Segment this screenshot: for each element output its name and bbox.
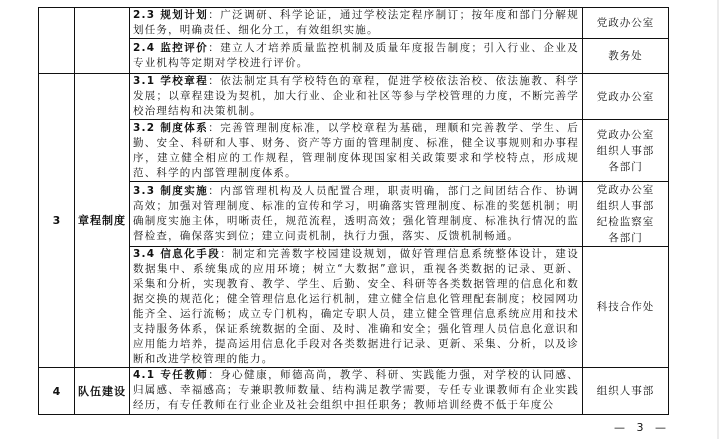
- dept-line: 组织人事部: [586, 143, 665, 159]
- item-cell: 3.2 制度体系：完善管理制度标准，以学校章程为基础，理顺和完善教学、学生、后勤…: [130, 120, 583, 182]
- document-page: 2.3 规划计划：广泛调研、科学论证，通过学校法定程序制订；按年度和部门分解规划…: [0, 0, 717, 439]
- category-cell: [75, 8, 130, 74]
- item-cell: 3.3 制度实施：内部管理机构及人员配置合理，职责明确，部门之间团结合作、协调高…: [130, 182, 583, 247]
- item-title: 2.4 监控评价: [133, 42, 208, 54]
- dept-cell: 组织人事部: [583, 368, 669, 415]
- row-number-cell: 4: [39, 368, 75, 415]
- table-row: 4 队伍建设 4.1 专任教师：身心健康，师德高尚，教学、科研、实践能力强，对学…: [39, 368, 669, 415]
- item-title: 4.1 专任教师: [133, 369, 208, 381]
- item-title: 3.3 制度实施: [133, 185, 208, 197]
- dept-cell: 党政办公室: [583, 8, 669, 39]
- item-cell: 3.1 学校章程：依法制定具有学校特色的章程，促进学校依法治校、依法施教、科学发…: [130, 74, 583, 120]
- dept-cell: 党政办公室: [583, 74, 669, 120]
- item-cell: 3.4 信息化手段：制定和完善数字校园建设规划，做好管理信息系统整体设计，建设数…: [130, 247, 583, 368]
- table-row: 3 章程制度 3.1 学校章程：依法制定具有学校特色的章程，促进学校依法治校、依…: [39, 74, 669, 120]
- item-text: ：制定和完善数字校园建设规划，做好管理信息系统整体设计，建设数据集中、系统集成的…: [133, 248, 579, 365]
- dept-line: 各部门: [586, 230, 665, 246]
- category-cell: 队伍建设: [75, 368, 130, 415]
- row-number-cell: [39, 8, 75, 74]
- table-row: 2.4 监控评价：建立人才培养质量监控机制及质量年度报告制度；引入行业、企业及专…: [39, 39, 669, 74]
- item-title: 3.1 学校章程: [133, 75, 208, 87]
- dept-line: 党政办公室: [586, 182, 665, 198]
- dept-line: 纪检监察室: [586, 214, 665, 230]
- dept-cell: 教务处: [583, 39, 669, 74]
- dept-cell: 党政办公室 组织人事部 纪检监察室 各部门: [583, 182, 669, 247]
- item-title: 3.2 制度体系: [133, 122, 208, 134]
- table-row: 2.3 规划计划：广泛调研、科学论证，通过学校法定程序制订；按年度和部门分解规划…: [39, 8, 669, 39]
- dept-line: 党政办公室: [586, 127, 665, 143]
- dept-line: 组织人事部: [586, 198, 665, 214]
- table-row: 3.3 制度实施：内部管理机构及人员配置合理，职责明确，部门之间团结合作、协调高…: [39, 182, 669, 247]
- evaluation-table: 2.3 规划计划：广泛调研、科学论证，通过学校法定程序制订；按年度和部门分解规划…: [38, 7, 669, 415]
- item-cell: 2.3 规划计划：广泛调研、科学论证，通过学校法定程序制订；按年度和部门分解规划…: [130, 8, 583, 39]
- category-cell: 章程制度: [75, 74, 130, 368]
- table-row: 3.4 信息化手段：制定和完善数字校园建设规划，做好管理信息系统整体设计，建设数…: [39, 247, 669, 368]
- page-number: — 3 —: [614, 421, 670, 434]
- row-number-cell: 3: [39, 74, 75, 368]
- table-row: 3.2 制度体系：完善管理制度标准，以学校章程为基础，理顺和完善教学、学生、后勤…: [39, 120, 669, 182]
- dept-cell: 党政办公室 组织人事部 各部门: [583, 120, 669, 182]
- item-title: 3.4 信息化手段: [133, 248, 220, 260]
- item-cell: 4.1 专任教师：身心健康，师德高尚，教学、科研、实践能力强，对学校的认同感、归…: [130, 368, 583, 415]
- dept-cell: 科技合作处: [583, 247, 669, 368]
- item-title: 2.3 规划计划: [133, 9, 208, 21]
- item-cell: 2.4 监控评价：建立人才培养质量监控机制及质量年度报告制度；引入行业、企业及专…: [130, 39, 583, 74]
- dept-line: 各部门: [586, 159, 665, 175]
